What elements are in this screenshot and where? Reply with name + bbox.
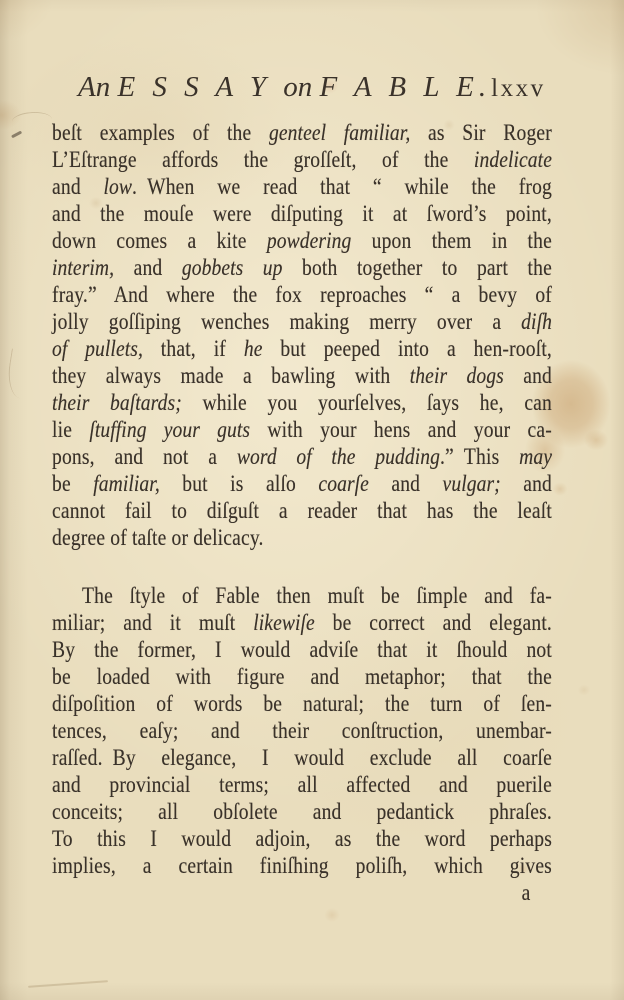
text-run: gobbets up [182, 255, 283, 281]
text-line: By the former, I would adviſe that it ſh… [52, 637, 552, 664]
text-line: be loaded with figure and metaphor; that… [52, 664, 552, 691]
text-run: . When we read that “ while the frog [132, 174, 552, 200]
text-line: and low. When we read that “ while the f… [52, 174, 552, 201]
text-line: raſſed. By elegance, I would exclude all… [52, 745, 552, 772]
text-run: and provincial terms; all affected and p… [52, 772, 552, 798]
text-run: diſh [521, 309, 552, 335]
text-run: as Sir Roger [410, 120, 552, 146]
page-header-title: An E S S A Y on F A B L E. [78, 70, 491, 104]
text-run: genteel familiar, [269, 120, 410, 146]
text-line: The ſtyle of Fable then muſt be ſimple a… [52, 583, 552, 610]
text-run: lie [52, 417, 89, 443]
text-run: By the former, I would adviſe that it ſh… [52, 637, 552, 663]
text-run: .” This [440, 444, 519, 470]
text-run: interim, [52, 255, 114, 281]
catchword-row: a [52, 880, 552, 907]
text-run: An [78, 71, 117, 103]
text-run: degree of taſte or delicacy. [52, 525, 264, 551]
text-run: pons, and not a [52, 444, 237, 470]
text-line: fray.” And where the fox reproaches “ a … [52, 282, 552, 309]
text-run: jolly goſſiping wenches making merry ove… [52, 309, 521, 335]
text-run: be [52, 471, 93, 497]
text-line: degree of taſte or delicacy. [52, 525, 552, 552]
page-number: lxxv [491, 72, 545, 106]
text-run: that, if [143, 336, 244, 362]
catchword: a [522, 880, 531, 906]
text-run: conceits; all obſolete and pedantick phr… [52, 799, 552, 825]
text-line: implies, a certain finiſhing poliſh, whi… [52, 853, 552, 880]
text-line: miliar; and it muſt likewiſe be correct … [52, 610, 552, 637]
text-run: F A B L E. [319, 71, 491, 103]
paper-crease [28, 980, 108, 987]
text-run: beſt examples of the [52, 120, 269, 146]
text-run: and [501, 471, 552, 497]
text-line: To this I would adjoin, as the word perh… [52, 826, 552, 853]
book-page: An E S S A Y on F A B L E. lxxv beſt exa… [0, 0, 624, 1000]
text-run: but peeped into a hen-rooſt, [262, 336, 551, 362]
text-line: they always made a bawling with their do… [52, 363, 552, 390]
text-run: implies, a certain finiſhing poliſh, whi… [52, 853, 552, 879]
text-line: beſt examples of the genteel familiar, a… [52, 120, 552, 147]
text-run: upon them in the [351, 228, 552, 254]
text-line: and the mouſe were diſputing it at ſword… [52, 201, 552, 228]
text-run: may [519, 444, 552, 470]
text-run: fray.” And where the fox reproaches “ a … [52, 282, 552, 308]
text-line: and provincial terms; all affected and p… [52, 772, 552, 799]
text-line: down comes a kite powdering upon them in… [52, 228, 552, 255]
text-run: tences, eaſy; and their conſtruction, un… [52, 718, 552, 744]
text-run: and [369, 471, 443, 497]
text-run: and the mouſe were diſputing it at ſword… [52, 201, 552, 227]
text-run: coarſe [318, 471, 369, 497]
text-line: jolly goſſiping wenches making merry ove… [52, 309, 552, 336]
text-run: but is alſo [160, 471, 319, 497]
text-run: indelicate [474, 147, 552, 173]
text-run: E S S A Y [117, 71, 283, 103]
text-run: powdering [267, 228, 352, 254]
text-line: cannot fail to diſguſt a reader that has… [52, 498, 552, 525]
paragraph: beſt examples of the genteel familiar, a… [52, 120, 552, 552]
text-run: he [244, 336, 263, 362]
text-run: diſpoſition of words be natural; the tur… [52, 691, 552, 717]
text-run: The ſtyle of Fable then muſt be ſimple a… [82, 583, 552, 609]
text-run: raſſed. By elegance, I would exclude all… [52, 745, 552, 771]
text-run: of pullets, [52, 336, 143, 362]
text-run: and [504, 363, 552, 389]
text-line: interim, and gobbets up both together to… [52, 255, 552, 282]
scratch-mark-2 [4, 348, 34, 399]
pen-mark [11, 131, 22, 138]
text-line: tences, eaſy; and their conſtruction, un… [52, 718, 552, 745]
running-head: An E S S A Y on F A B L E. lxxv [78, 70, 538, 106]
text-run: down comes a kite [52, 228, 267, 254]
text-run: word of the pudding [237, 444, 440, 470]
text-run: be loaded with figure and metaphor; that… [52, 664, 552, 690]
text-line: L’Eſtrange affords the groſſeſt, of the … [52, 147, 552, 174]
scratch-mark [11, 110, 53, 131]
text-run: they always made a bawling with [52, 363, 410, 389]
text-block: beſt examples of the genteel familiar, a… [52, 120, 552, 907]
text-run: on [283, 71, 319, 103]
text-line: be familiar, but is alſo coarſe and vulg… [52, 471, 552, 498]
text-line: pons, and not a word of the pudding.” Th… [52, 444, 552, 471]
text-line: of pullets, that, if he but peeped into … [52, 336, 552, 363]
text-run: vulgar; [443, 471, 501, 497]
text-run: and [52, 174, 103, 200]
text-line: diſpoſition of words be natural; the tur… [52, 691, 552, 718]
text-run: their dogs [410, 363, 504, 389]
text-line: conceits; all obſolete and pedantick phr… [52, 799, 552, 826]
text-run: L’Eſtrange affords the groſſeſt, of the [52, 147, 474, 173]
text-run: and [114, 255, 182, 281]
text-run: their baſtards; [52, 390, 182, 416]
text-run: be correct and elegant. [315, 610, 552, 636]
text-run: with your hens and your ca- [250, 417, 552, 443]
text-run: both together to part the [283, 255, 552, 281]
text-run: miliar; and it muſt [52, 610, 253, 636]
text-run: ſtuffing your guts [89, 417, 250, 443]
text-run: To this I would adjoin, as the word perh… [52, 826, 552, 852]
text-run: familiar, [93, 471, 160, 497]
text-run: cannot fail to diſguſt a reader that has… [52, 498, 552, 524]
text-line: their baſtards; while you yourſelves, ſa… [52, 390, 552, 417]
text-run: low [103, 174, 132, 200]
text-run: likewiſe [253, 610, 315, 636]
text-line: lie ſtuffing your guts with your hens an… [52, 417, 552, 444]
text-run: while you yourſelves, ſays he, can [182, 390, 552, 416]
paragraph: The ſtyle of Fable then muſt be ſimple a… [52, 583, 552, 880]
